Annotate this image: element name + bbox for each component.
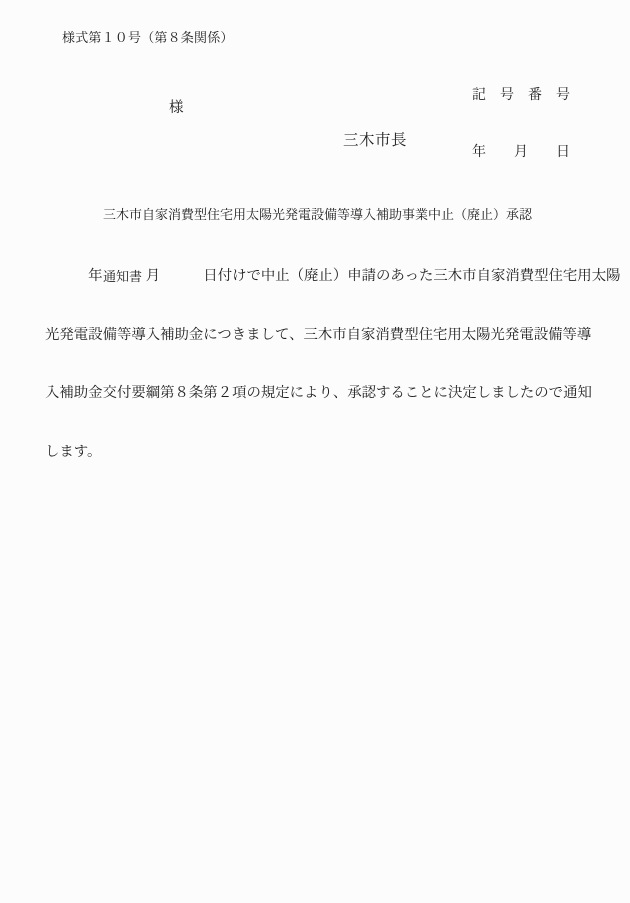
form-number: 様式第１０号（第８条関係） <box>62 31 234 44</box>
body-line-3: 入補助金交付要綱第８条第２項の規定により、承認することに決定しましたので通知 <box>45 384 620 404</box>
body-line-4: します。 <box>45 443 620 463</box>
date-line: 年 月 日 <box>472 143 570 162</box>
addressee-suffix: 様 <box>169 101 184 116</box>
reference-number-line: 記 号 番 号 <box>472 86 570 105</box>
body-line-2: 光発電設備等導入補助金につきまして、三木市自家消費型住宅用太陽光発電設備等導 <box>45 326 620 346</box>
document-title-line1: 三木市自家消費型住宅用太陽光発電設備等導入補助事業中止（廃止）承認 <box>103 205 532 226</box>
document-page: 様式第１０号（第８条関係） 記 号 番 号 年 月 日 様 三木市長 三木市自家… <box>0 0 630 903</box>
body-paragraph: 年 月 日付けで中止（廃止）申請のあった三木市自家消費型住宅用太陽 光発電設備等… <box>45 228 620 501</box>
sender-name: 三木市長 <box>343 133 407 149</box>
body-line-1: 年 月 日付けで中止（廃止）申請のあった三木市自家消費型住宅用太陽 <box>45 267 620 287</box>
